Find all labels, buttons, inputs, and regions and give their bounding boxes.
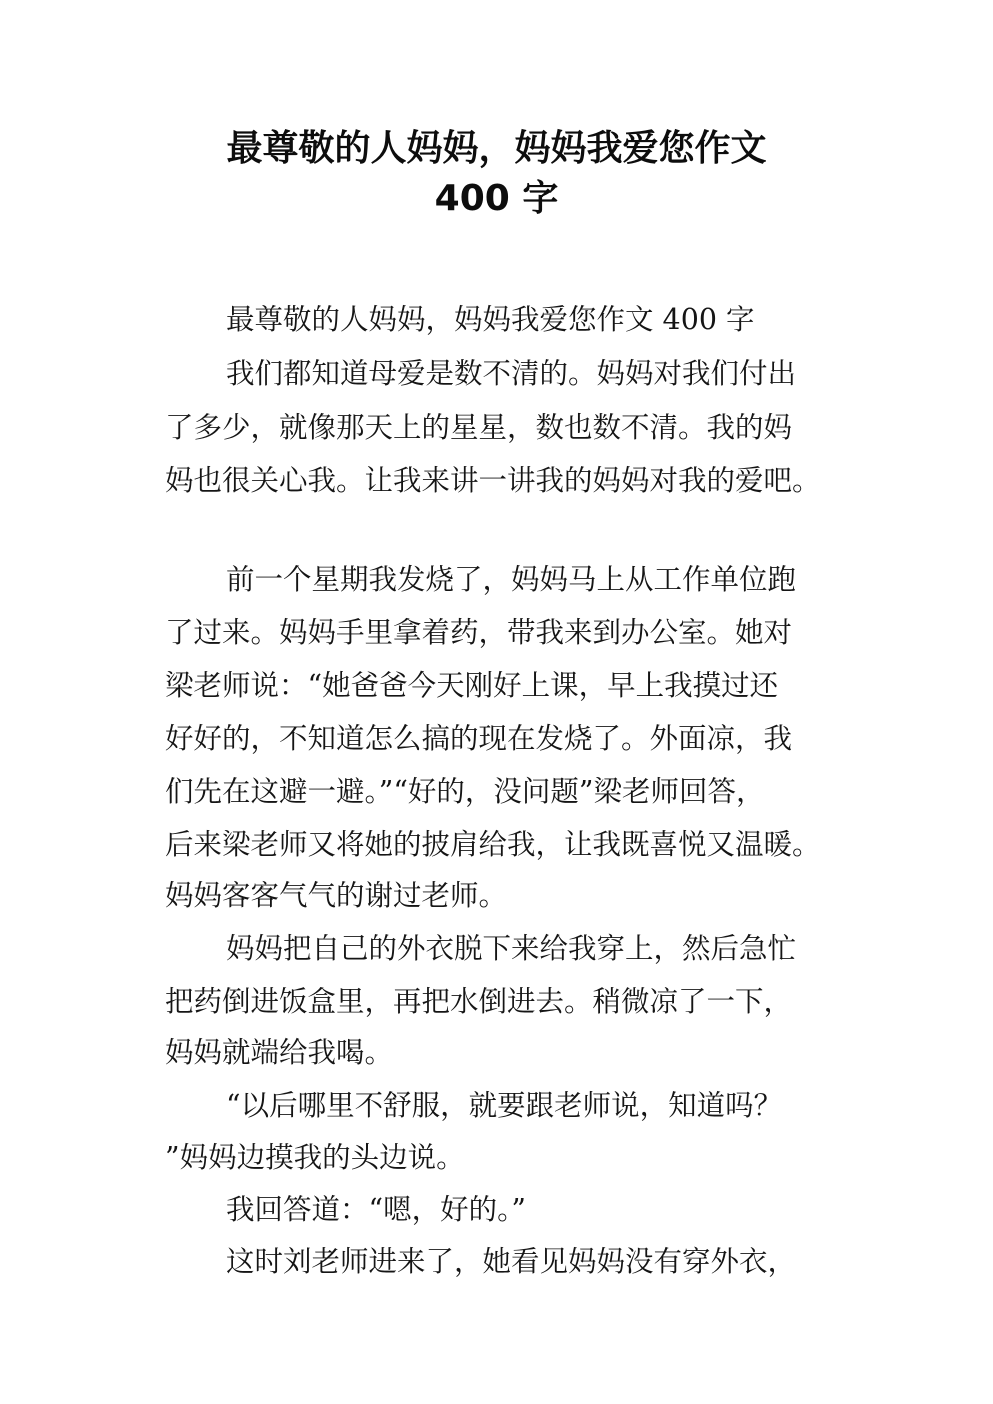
body-text-line: 妈妈就端给我喝。 [165, 1035, 393, 1071]
body-text-line: 把药倒进饭盒里，再把水倒进去。稍微凉了一下， [165, 984, 792, 1020]
body-text-line: 我们都知道母爱是数不清的。妈妈对我们付出 [226, 356, 796, 392]
body-text-line: 好好的，不知道怎么搞的现在发烧了。外面凉，我 [165, 721, 792, 757]
title-line-2: 400 字 [0, 174, 993, 224]
body-text-line: 妈妈客客气气的谢过老师。 [165, 878, 507, 914]
body-text-line: “以后哪里不舒服，就要跟老师说，知道吗？ [226, 1088, 782, 1124]
body-text-line: 妈也很关心我。让我来讲一讲我的妈妈对我的爱吧。 [165, 463, 821, 499]
body-text-line: 了多少，就像那天上的星星，数也数不清。我的妈 [165, 410, 792, 446]
title-line-1: 最尊敬的人妈妈，妈妈我爱您作文 [0, 124, 993, 174]
body-text-line: 梁老师说：“她爸爸今天刚好上课，早上我摸过还 [165, 668, 778, 704]
body-text-line: 前一个星期我发烧了，妈妈马上从工作单位跑 [226, 562, 796, 598]
body-text-line: 妈妈把自己的外衣脱下来给我穿上，然后急忙 [226, 931, 796, 967]
document-page: 最尊敬的人妈妈，妈妈我爱您作文 400 字 最尊敬的人妈妈，妈妈我爱您作文 40… [0, 0, 993, 1404]
body-text-line: 我回答道：“嗯，好的。” [226, 1192, 526, 1228]
body-text-line: 后来梁老师又将她的披肩给我，让我既喜悦又温暖。 [165, 827, 821, 863]
body-text-line: 这时刘老师进来了，她看见妈妈没有穿外衣， [226, 1244, 796, 1280]
body-text-line: 们先在这避一避。”“好的，没问题”梁老师回答， [165, 774, 764, 810]
body-text-line: 最尊敬的人妈妈，妈妈我爱您作文 400 字 [226, 302, 755, 338]
body-text-line: ”妈妈边摸我的头边说。 [165, 1140, 465, 1176]
body-text-line: 了过来。妈妈手里拿着药，带我来到办公室。她对 [165, 615, 792, 651]
